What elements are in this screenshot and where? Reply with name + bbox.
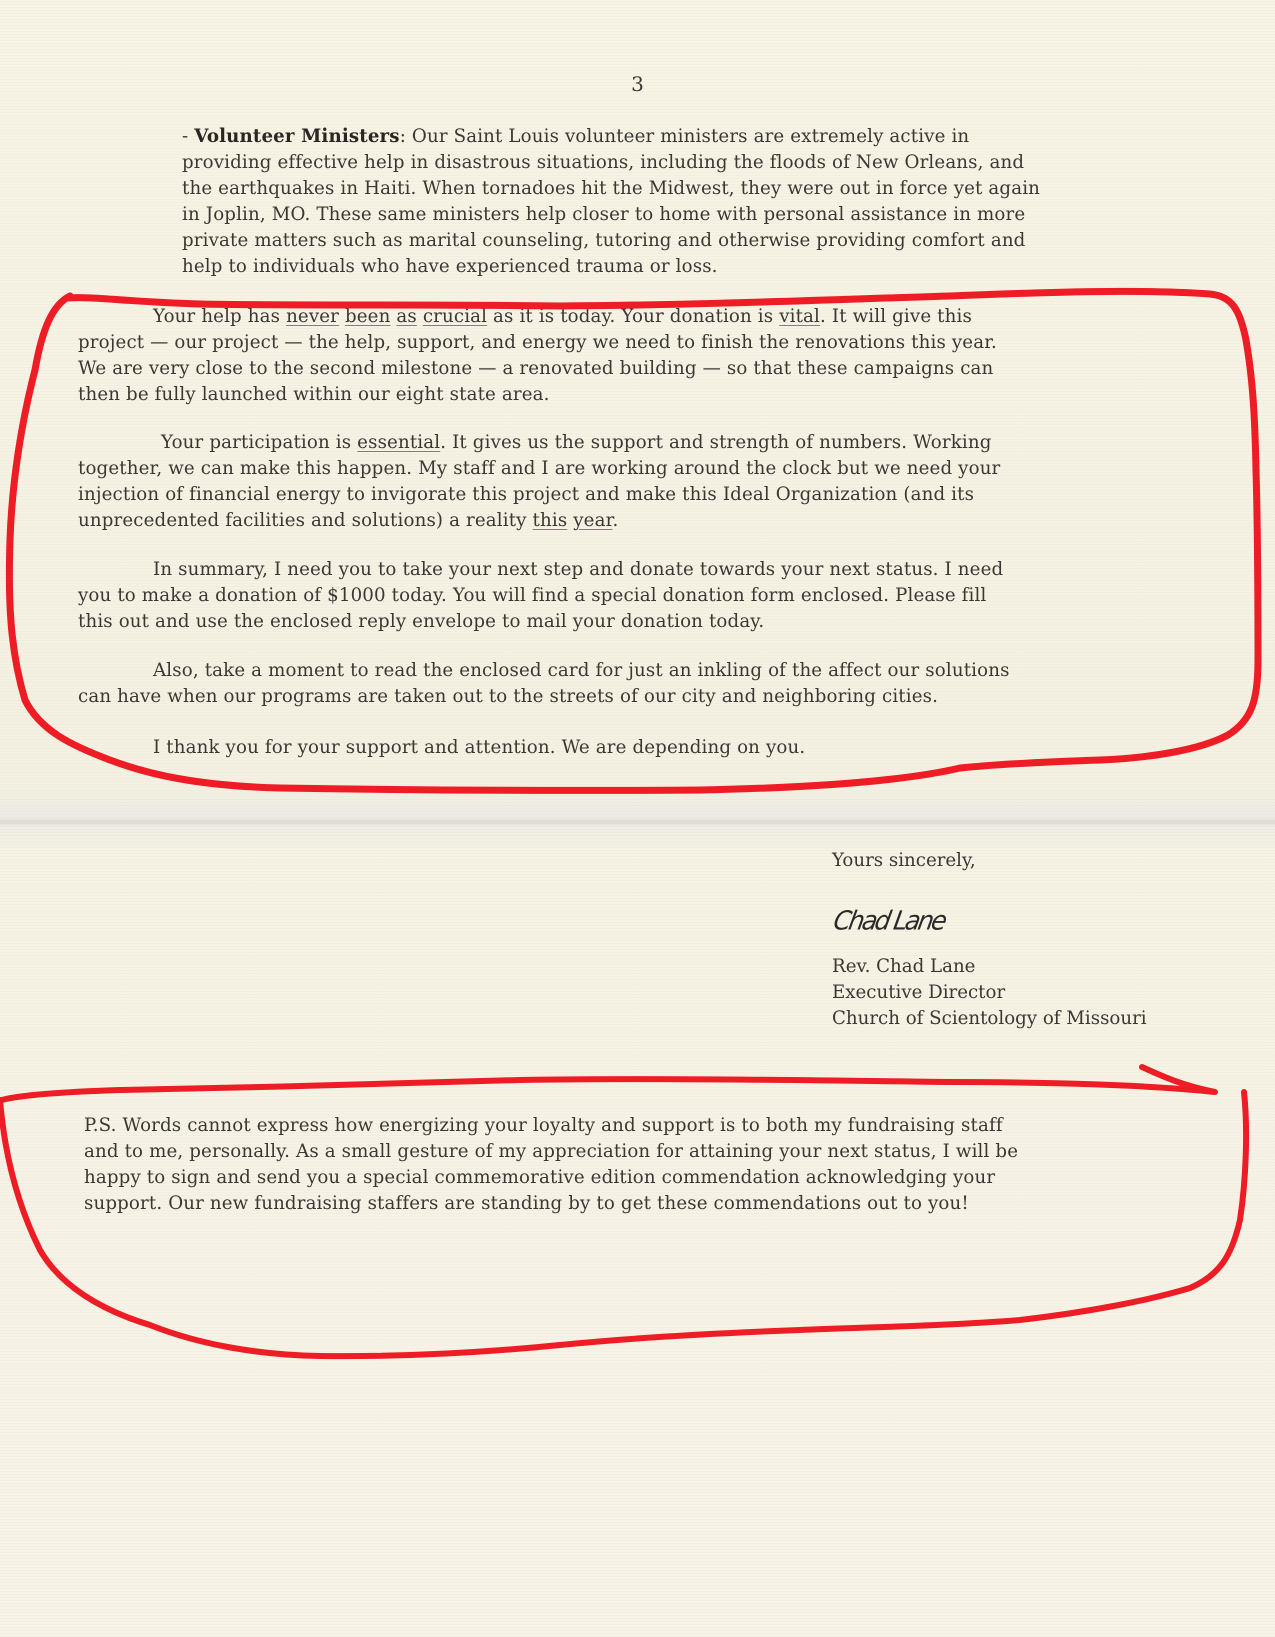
intro-paragraph-line: providing effective help in disastrous s…: [182, 150, 1024, 176]
handwritten-signature: Chad Lane: [831, 905, 947, 935]
paragraph-2-last-line: unprecedented facilities and solutions) …: [78, 508, 618, 534]
paragraph-5-line: I thank you for your support and attenti…: [153, 735, 805, 761]
paper-fold-crease: [0, 818, 1275, 826]
text-run: Your help has: [153, 306, 286, 327]
text-run: . It gives us the support and strength o…: [440, 432, 991, 453]
signer-title: Executive Director: [832, 980, 1005, 1006]
postscript-line: and to me, personally. As a small gestur…: [84, 1139, 1018, 1165]
page-number: 3: [0, 72, 1275, 96]
intro-lead-heading: Volunteer Ministers: [194, 126, 399, 147]
underlined-word: as: [396, 306, 416, 327]
signer-name: Rev. Chad Lane: [832, 954, 975, 980]
intro-paragraph-line-1: - Volunteer Ministers: Our Saint Louis v…: [182, 124, 969, 150]
underlined-word: crucial: [423, 306, 487, 327]
intro-paragraph-line: help to individuals who have experienced…: [182, 254, 718, 280]
signer-organization: Church of Scientology of Missouri: [832, 1006, 1147, 1032]
text-run: unprecedented facilities and solutions) …: [78, 510, 533, 531]
paragraph-1-line: We are very close to the second mileston…: [78, 356, 993, 382]
text-run: as it is today. Your donation is: [487, 306, 779, 327]
paragraph-3-line: you to make a donation of $1000 today. Y…: [78, 583, 986, 609]
paragraph-1-line-1: Your help has never been as crucial as i…: [153, 304, 972, 330]
postscript-line: support. Our new fundraising staffers ar…: [84, 1191, 969, 1217]
text-run: Your participation is: [161, 432, 357, 453]
bullet-dash: -: [182, 126, 194, 147]
underlined-word: year: [573, 510, 612, 531]
paragraph-2-line: together, we can make this happen. My st…: [78, 456, 1000, 482]
underlined-word: vital: [779, 306, 820, 327]
intro-paragraph-line: private matters such as marital counseli…: [182, 228, 1025, 254]
paragraph-4-line: can have when our programs are taken out…: [78, 684, 938, 710]
paragraph-3-line: this out and use the enclosed reply enve…: [78, 609, 764, 635]
underlined-word: essential: [357, 432, 440, 453]
paragraph-1-line: project — our project — the help, suppor…: [78, 330, 997, 356]
paragraph-4-line: Also, take a moment to read the enclosed…: [153, 658, 1010, 684]
intro-text: : Our Saint Louis volunteer ministers ar…: [400, 126, 970, 147]
closing-salutation: Yours sincerely,: [832, 848, 976, 874]
paragraph-3-line: In summary, I need you to take your next…: [153, 557, 1003, 583]
underlined-word: been: [345, 306, 390, 327]
postscript-line: happy to sign and send you a special com…: [84, 1165, 995, 1191]
text-run: .: [612, 510, 618, 531]
paragraph-1-line: then be fully launched within our eight …: [78, 382, 550, 408]
text-run: . It will give this: [820, 306, 972, 327]
intro-paragraph-line: in Joplin, MO. These same ministers help…: [182, 202, 1025, 228]
paragraph-2-line-1: Your participation is essential. It give…: [161, 430, 992, 456]
postscript-line: P.S. Words cannot express how energizing…: [84, 1113, 1003, 1139]
underlined-word: never: [286, 306, 339, 327]
paragraph-2-line: injection of financial energy to invigor…: [78, 482, 974, 508]
intro-paragraph-line: the earthquakes in Haiti. When tornadoes…: [182, 176, 1040, 202]
underlined-word: this: [533, 510, 568, 531]
